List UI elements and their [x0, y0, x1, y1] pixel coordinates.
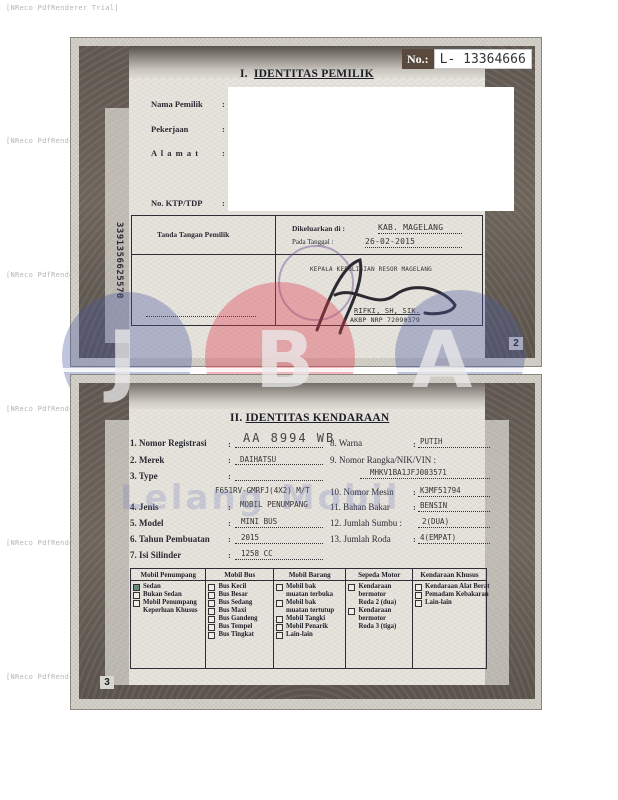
category-option-label: Lain-lain: [286, 631, 313, 639]
category-option-label: Sedan: [143, 583, 161, 591]
value-fuel: BENSIN: [420, 501, 447, 510]
value-registration-number: AA 8994 WB: [243, 431, 335, 445]
field-label-owner-name: Nama Pemilik: [151, 99, 203, 109]
category-option[interactable]: Bus Gandeng: [206, 615, 273, 623]
category-header: Mobil Barang: [274, 569, 345, 581]
field-brand: 2. Merek: [130, 455, 164, 465]
category-header: Mobil Bus: [206, 569, 273, 581]
watermark-letter-a: A: [412, 316, 472, 406]
field-chassis-number: 9. Nomor Rangka/NIK/VIN :: [330, 455, 436, 465]
dotted-line: [235, 559, 323, 560]
category-option-label: Bus Gandeng: [218, 615, 257, 623]
checkbox[interactable]: [133, 584, 140, 591]
category-option[interactable]: Kendaraan: [346, 583, 412, 591]
renderer-watermark-text: [NReco PdfRenderer Trial]: [6, 4, 119, 12]
field-model: 5. Model: [130, 518, 164, 528]
guilloche-strip-left: [105, 420, 129, 685]
colon: :: [413, 439, 416, 449]
dotted-line: [365, 247, 462, 248]
dotted-line: [418, 496, 490, 497]
field-axle-count: 12. Jumlah Sumbu :: [330, 518, 402, 528]
issued-date-value: 26-02-2015: [365, 237, 415, 246]
vehicle-category-table: Mobil PenumpangSedanBukan SedanMobil Pen…: [130, 568, 487, 669]
category-option-label: Mobil bak: [286, 583, 316, 591]
category-option[interactable]: Mobil Tangki: [274, 615, 345, 623]
value-wheel-count: 4(EMPAT): [420, 533, 456, 542]
checkbox[interactable]: [133, 592, 140, 599]
dotted-line: [235, 527, 323, 528]
field-cylinder: 7. Isi Silinder: [130, 550, 181, 560]
field-year: 6. Tahun Pembuatan: [130, 534, 210, 544]
guilloche-strip-right: [485, 420, 509, 685]
field-wheel-count: 13. Jumlah Roda: [330, 534, 391, 544]
checkbox[interactable]: [348, 584, 355, 591]
issued-date-label: Pada Tanggal :: [292, 238, 333, 246]
category-column: Kendaraan KhususKendaraan Alat BeratPema…: [413, 569, 486, 668]
colon: :: [222, 148, 225, 158]
category-option[interactable]: Mobil bak: [274, 599, 345, 607]
issued-at-value: KAB. MAGELANG: [378, 223, 443, 232]
category-column: Sepeda MotorKendaraanbermotorRoda 2 (dua…: [346, 569, 413, 668]
colon: :: [413, 487, 416, 497]
colon: :: [228, 550, 231, 560]
value-engine-number: K3MF51794: [420, 486, 461, 495]
dotted-line: [235, 543, 323, 544]
checkbox[interactable]: [208, 600, 215, 607]
watermark-letter-b: B: [255, 316, 314, 406]
checkbox[interactable]: [415, 584, 422, 591]
category-option-label: Bus Sedang: [218, 599, 252, 607]
category-option-label: Bus Kecil: [218, 583, 246, 591]
category-option-label-continued: Roda 2 (dua): [346, 599, 412, 607]
category-option-label-continued: muatan tertutup: [274, 607, 345, 615]
category-option[interactable]: Sedan: [131, 583, 205, 591]
value-model: MINI BUS: [241, 517, 277, 526]
dotted-line: [418, 447, 490, 448]
colon: :: [228, 518, 231, 528]
document-number-value: L- 13364666: [434, 49, 532, 69]
category-option-label: Mobil Penumpang: [143, 599, 197, 607]
colon: :: [228, 439, 231, 449]
category-option[interactable]: Bus Tempel: [206, 623, 273, 631]
checkbox[interactable]: [276, 632, 283, 639]
colon: :: [228, 455, 231, 465]
category-option[interactable]: Bukan Sedan: [131, 591, 205, 599]
checkbox[interactable]: [276, 584, 283, 591]
document-number: No.: L- 13364666: [402, 49, 532, 69]
checkbox[interactable]: [208, 624, 215, 631]
category-option-label: Bus Besar: [218, 591, 247, 599]
checkbox[interactable]: [415, 592, 422, 599]
category-option-label: Pemadam Kebakaran: [425, 591, 489, 599]
category-option[interactable]: Bus Maxi: [206, 607, 273, 615]
category-column: Mobil PenumpangSedanBukan SedanMobil Pen…: [131, 569, 206, 668]
category-option[interactable]: Pemadam Kebakaran: [413, 591, 486, 599]
category-header: Sepeda Motor: [346, 569, 412, 581]
page-number: 3: [100, 676, 114, 689]
checkbox[interactable]: [276, 624, 283, 631]
category-option-label: Mobil Tangki: [286, 615, 325, 623]
dotted-line: [235, 464, 323, 465]
category-option-label: Bus Maxi: [218, 607, 246, 615]
colon: :: [228, 534, 231, 544]
checkbox[interactable]: [276, 616, 283, 623]
colon: :: [222, 198, 225, 208]
category-option-label: Bus Tempel: [218, 623, 252, 631]
category-option[interactable]: Lain-lain: [274, 631, 345, 639]
checkbox[interactable]: [348, 608, 355, 615]
checkbox[interactable]: [208, 608, 215, 615]
dotted-line: [418, 527, 490, 528]
category-option-label-continued: bermotor: [346, 591, 412, 599]
category-column: Mobil BusBus KecilBus BesarBus SedangBus…: [206, 569, 274, 668]
category-option[interactable]: Kendaraan Alat Berat: [413, 583, 486, 591]
dotted-line: [378, 233, 462, 234]
owner-signature-label: Tanda Tangan Pemilik: [157, 230, 229, 239]
category-option[interactable]: Lain-lain: [413, 599, 486, 607]
watermark-letter-j: J: [108, 316, 137, 406]
category-option[interactable]: Bus Tingkat: [206, 631, 273, 639]
value-chassis-number: MHKV1BA1JFJ003571: [370, 468, 447, 477]
watermark-tagline: Lelang Mobil: [120, 478, 401, 518]
value-brand: DAIHATSU: [240, 455, 276, 464]
checkbox[interactable]: [208, 592, 215, 599]
category-option-label-continued: muatan terbuka: [274, 591, 345, 599]
category-option[interactable]: Kendaraan: [346, 607, 412, 615]
field-color: 8. Warna: [330, 438, 362, 448]
category-option[interactable]: Bus Sedang: [206, 599, 273, 607]
issued-at-label: Dikeluarkan di :: [292, 224, 345, 233]
checkbox[interactable]: [208, 616, 215, 623]
field-label-id-number: No. KTP/TDP: [151, 198, 202, 208]
category-option-label-continued: Keperluan Khusus: [131, 607, 205, 615]
colon: :: [413, 534, 416, 544]
category-option[interactable]: Mobil Penarik: [274, 623, 345, 631]
category-option-label: Bukan Sedan: [143, 591, 182, 599]
checkbox[interactable]: [208, 584, 215, 591]
colon: :: [222, 99, 225, 109]
category-option-label: Kendaraan: [358, 583, 391, 591]
value-cylinder: 1258 CC: [241, 549, 273, 558]
category-header: Mobil Penumpang: [131, 569, 205, 581]
dotted-line: [235, 447, 323, 448]
section-title-owner: I. IDENTITAS PEMILIK: [240, 68, 374, 80]
value-year: 2015: [241, 533, 259, 542]
colon: :: [413, 502, 416, 512]
category-option-label: Lain-lain: [425, 599, 452, 607]
category-option-label: Mobil bak: [286, 599, 316, 607]
category-option-label: Bus Tingkat: [218, 631, 253, 639]
category-option[interactable]: Bus Kecil: [206, 583, 273, 591]
category-option-label-continued: Roda 3 (tiga): [346, 623, 412, 631]
field-registration-number: 1. Nomor Registrasi: [130, 438, 207, 448]
dotted-line: [418, 543, 490, 544]
value-color: PUTIH: [420, 437, 443, 446]
value-axle-count: 2(DUA): [422, 517, 449, 526]
category-option[interactable]: Mobil Penumpang: [131, 599, 205, 607]
category-option-label-continued: bermotor: [346, 615, 412, 623]
field-label-address: A l a m a t: [151, 148, 199, 158]
category-option-label: Mobil Penarik: [286, 623, 328, 631]
section-title-vehicle: II. IDENTITAS KENDARAAN: [230, 412, 389, 424]
field-label-occupation: Pekerjaan: [151, 124, 188, 134]
category-option-label: Kendaraan: [358, 607, 391, 615]
checkbox[interactable]: [276, 600, 283, 607]
category-option[interactable]: Mobil bak: [274, 583, 345, 591]
colon: :: [222, 124, 225, 134]
checkbox[interactable]: [208, 632, 215, 639]
category-option[interactable]: Bus Besar: [206, 591, 273, 599]
document-number-label: No.:: [402, 49, 434, 69]
category-column: Mobil BarangMobil bakmuatan terbukaMobil…: [274, 569, 346, 668]
category-option-label: Kendaraan Alat Berat: [425, 583, 490, 591]
serial-number-vertical: 3391356625570: [114, 222, 124, 299]
redacted-owner-info: [228, 87, 514, 211]
checkbox[interactable]: [133, 600, 140, 607]
checkbox[interactable]: [415, 600, 422, 607]
dotted-line: [418, 511, 490, 512]
category-header: Kendaraan Khusus: [413, 569, 486, 581]
